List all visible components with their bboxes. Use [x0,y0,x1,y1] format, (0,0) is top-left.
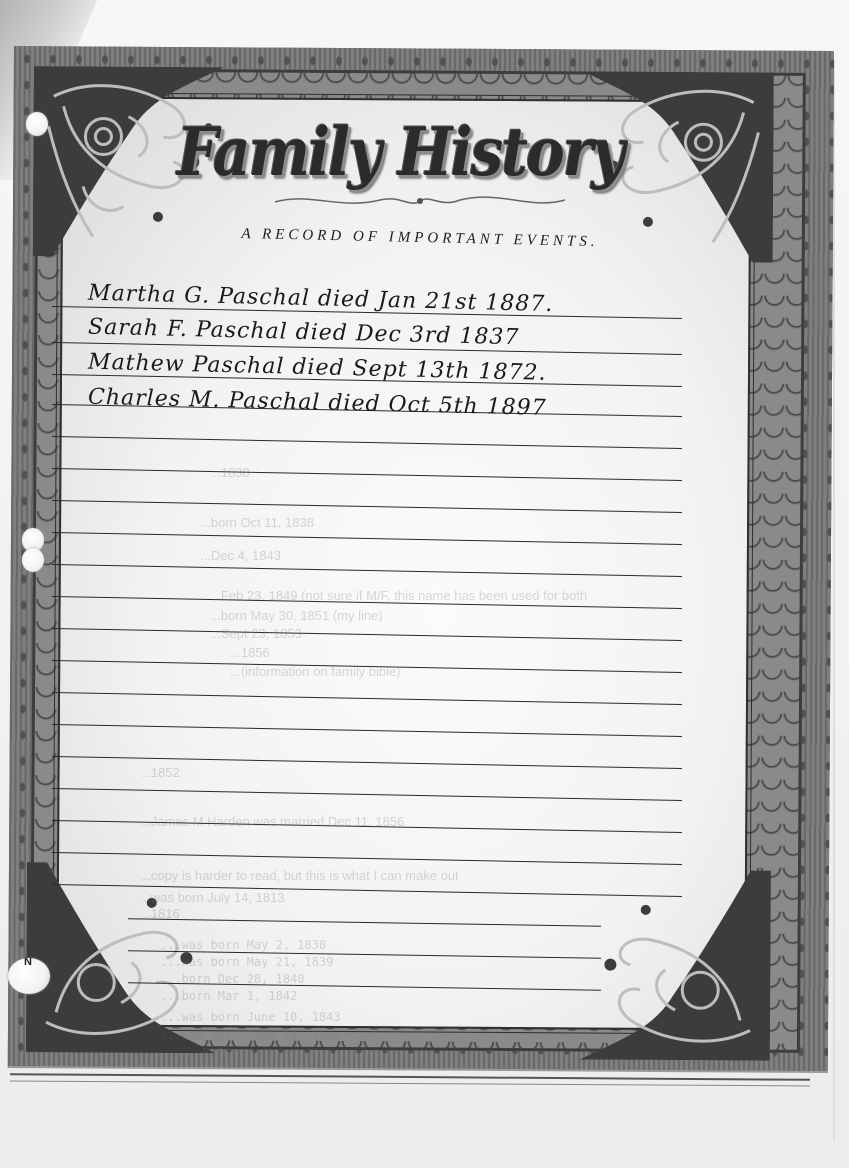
bleed-through-text: ...was born June 10, 1848 [160,1028,341,1042]
punch-hole [26,112,48,136]
bleed-through-text: ...copy is harder to read, but this is w… [140,868,459,883]
bleed-through-text: ...(information on family bible) [230,664,401,679]
bleed-through-text: ...1838 [210,465,250,480]
bleed-through-text: ...born Mar 1, 1842 [160,989,297,1003]
title-word-family: Family [177,113,380,191]
bleed-through-text: ...born May 30, 1851 (my line) [210,608,383,623]
bleed-through-text: ...was born July 14, 1813 [140,890,285,905]
bleed-through-text: ...1816 [140,906,180,921]
bleed-through-text: ...was born May 21, 1839 [160,955,333,969]
bleed-through-text: ...born Oct 11, 1838 [200,515,314,530]
bleed-through-text: ...Dec 4, 1843 [200,548,281,563]
bleed-through-text: ...James M Harden was married Dec 11, 18… [140,814,404,829]
bleed-through-text: ...born Dec 28, 1840 [160,972,305,986]
punch-hole [22,548,44,572]
bleed-through-text: ...1856 [230,645,270,660]
title-flourish-icon [270,190,570,212]
bleed-through-text: ...was born May 2, 1838 [160,938,326,952]
bleed-through-text: ...Sept 23, 1853 [210,626,302,641]
page-edge [833,60,835,1140]
bleed-through-text: ...Feb 23, 1849 (not sure if M/F, this n… [210,588,587,603]
bleed-through-text: ...was born June 10, 1843 [160,1010,341,1024]
title-word-history: History [398,113,623,191]
bleed-through-text: ...1852 [140,765,180,780]
margin-label: N [24,956,32,968]
bleed-through-text: ...BACK [180,1046,231,1060]
